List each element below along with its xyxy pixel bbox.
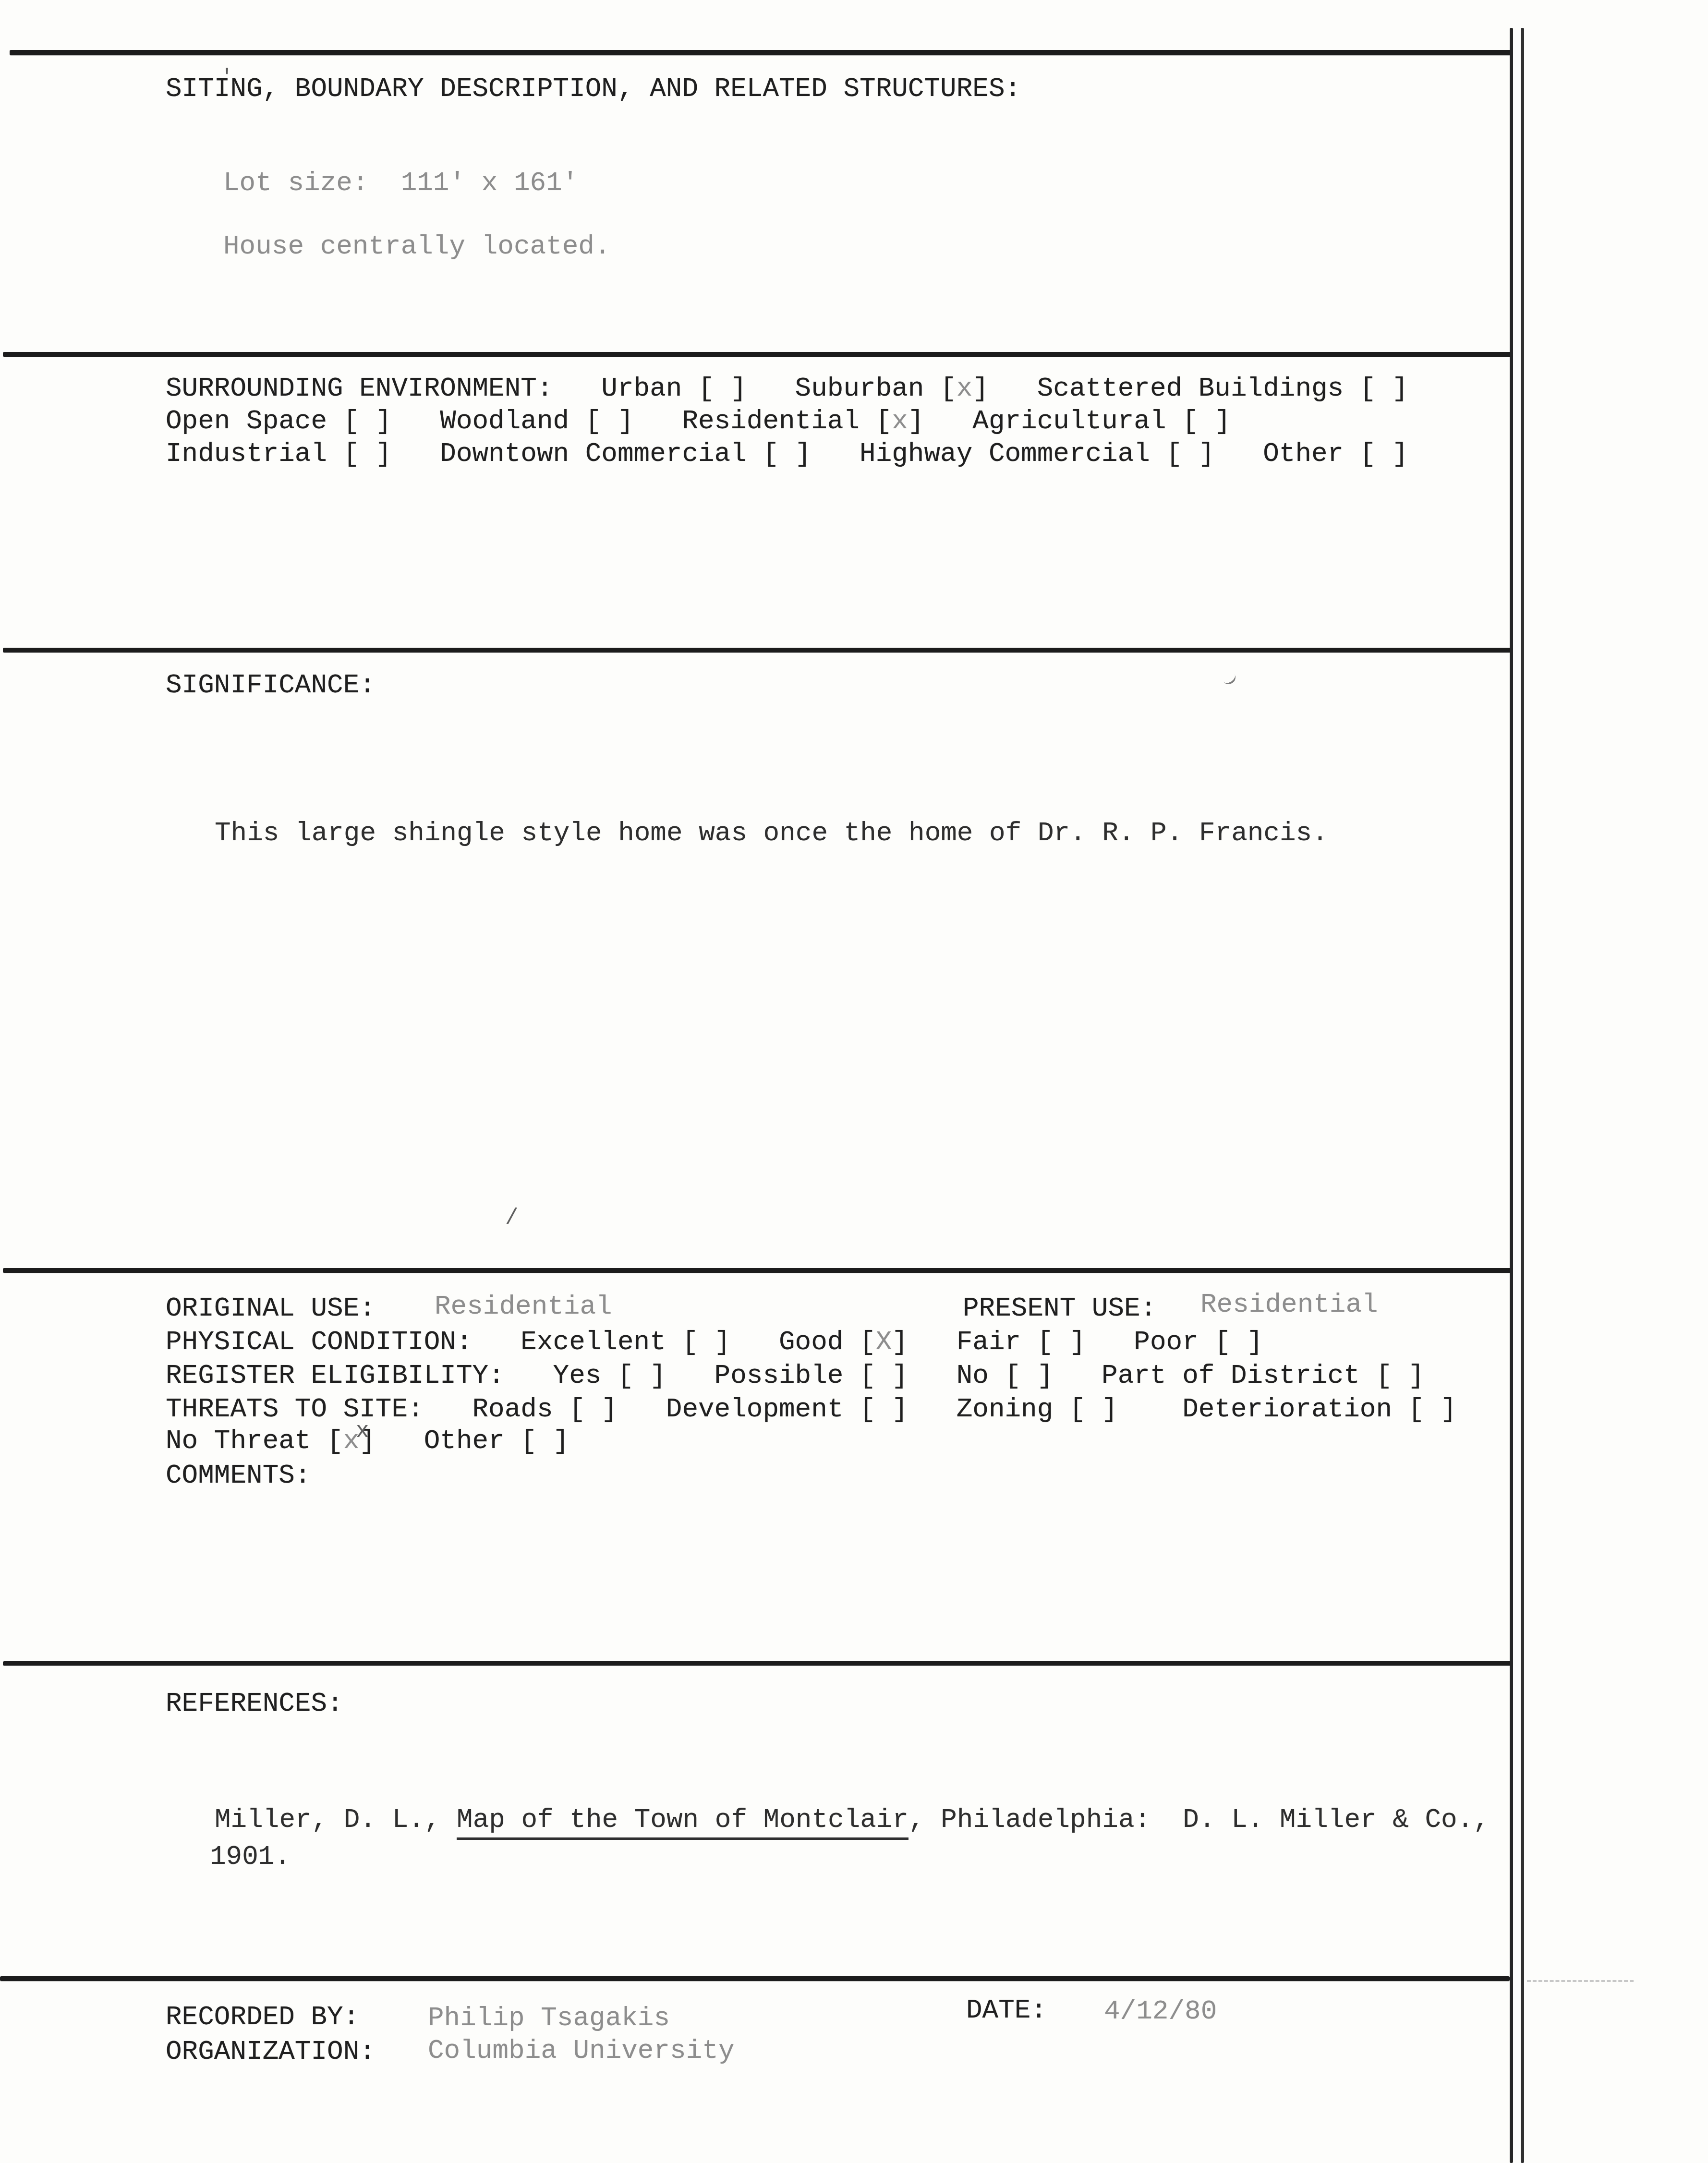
environment-line-2-tail: ] Agricultural [ ] <box>908 406 1231 436</box>
no-threat-line: No Threat [xx] Other [ ] <box>166 1424 569 1458</box>
organization-label: ORGANIZATION: <box>166 2035 376 2068</box>
no-threat-tail: ] Other [ ] <box>359 1426 569 1456</box>
significance-heading: SIGNIFICANCE: <box>166 668 376 702</box>
lot-size-line: Lot size: 111' x 161' <box>223 166 578 200</box>
physical-condition-tail: ] Fair [ ] Poor [ ] <box>892 1327 1263 1357</box>
checkbox-mark-good: X <box>876 1327 892 1357</box>
citation-title-underlined: Map of the Town of Montclair <box>457 1804 909 1840</box>
comments-label: COMMENTS: <box>166 1459 311 1492</box>
section-divider-significance <box>3 648 1511 653</box>
right-border-inner-line <box>1510 28 1513 2163</box>
siting-section-title: SITING, BOUNDARY DESCRIPTION, AND RELATE… <box>166 72 1021 106</box>
original-use-label: ORIGINAL USE: <box>166 1292 376 1325</box>
citation-author: Miller, D. L., <box>215 1804 457 1835</box>
no-threat-text: No Threat [ <box>166 1426 343 1456</box>
checkbox-mark-residential: x <box>892 406 908 436</box>
date-value: 4/12/80 <box>1104 1994 1217 2028</box>
citation-year: 1901. <box>210 1840 291 1873</box>
faint-dashed-scan-mark <box>1527 1980 1634 1982</box>
stray-tick-mark: ' <box>221 60 233 94</box>
organization-value: Columbia University <box>428 2034 735 2067</box>
environment-line-1-tail: ] Scattered Buildings [ ] <box>972 373 1408 404</box>
significance-text: This large shingle style home was once t… <box>215 816 1328 850</box>
environment-line-3: Industrial [ ] Downtown Commercial [ ] H… <box>166 437 1408 471</box>
section-divider-footer <box>0 1976 1510 1981</box>
section-divider-top <box>10 50 1511 55</box>
references-heading: REFERENCES: <box>166 1687 343 1720</box>
section-divider-use <box>3 1268 1511 1273</box>
recorded-by-value: Philip Tsagakis <box>428 2001 670 2035</box>
section-divider-references <box>3 1661 1511 1666</box>
citation-publisher: , Philadelphia: D. L. Miller & Co., <box>909 1804 1490 1835</box>
checkbox-mark-suburban: x <box>957 373 973 404</box>
present-use-value: Residential <box>1200 1288 1378 1321</box>
physical-condition-text: PHYSICAL CONDITION: Excellent [ ] Good [ <box>166 1327 876 1357</box>
recorded-by-label: RECORDED BY: <box>166 2000 359 2034</box>
environment-line-1: SURROUNDING ENVIRONMENT: Urban [ ] Subur… <box>166 372 1408 405</box>
right-border-outer-line <box>1521 28 1524 2163</box>
house-location-note: House centrally located. <box>223 230 611 263</box>
register-eligibility-line: REGISTER ELIGIBILITY: Yes [ ] Possible [… <box>166 1359 1424 1392</box>
section-divider-environment <box>3 352 1511 357</box>
raised-x-mark: x <box>356 1414 369 1448</box>
date-label: DATE: <box>966 1994 1047 2027</box>
survey-form-page: SITING, BOUNDARY DESCRIPTION, AND RELATE… <box>0 0 1708 2163</box>
stray-slash-mark: / <box>505 1201 519 1235</box>
present-use-label: PRESENT USE: <box>963 1292 1156 1325</box>
stray-squiggle-mark <box>1223 673 1238 687</box>
environment-line-1-text: SURROUNDING ENVIRONMENT: Urban [ ] Subur… <box>166 373 957 404</box>
original-use-value: Residential <box>435 1290 612 1323</box>
citation-line: Miller, D. L., Map of the Town of Montcl… <box>215 1803 1490 1837</box>
environment-line-2-text: Open Space [ ] Woodland [ ] Residential … <box>166 406 892 436</box>
environment-line-2: Open Space [ ] Woodland [ ] Residential … <box>166 404 1231 438</box>
physical-condition-line: PHYSICAL CONDITION: Excellent [ ] Good [… <box>166 1325 1263 1359</box>
